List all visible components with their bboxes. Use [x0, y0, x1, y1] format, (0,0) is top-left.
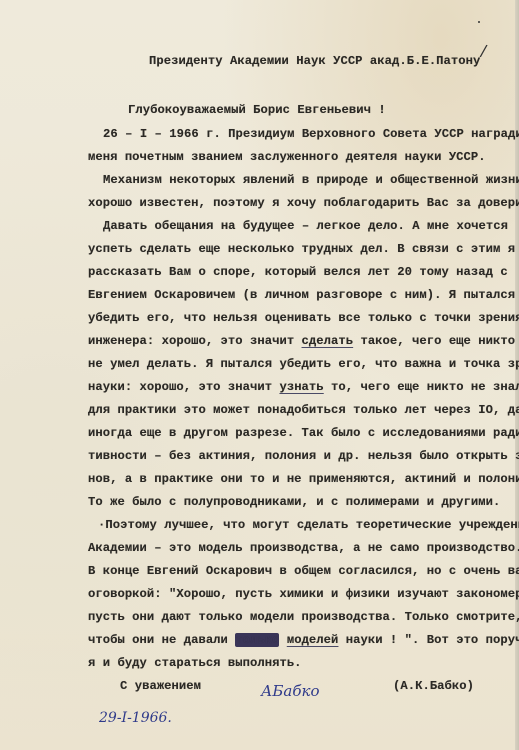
document-page: / Президенту Академии Наук УССР акад.Б.Е… — [0, 0, 519, 750]
underlined-word: моделей — [287, 633, 339, 647]
underlined-word: узнать — [279, 380, 323, 394]
body-line: Давать обещания на будущее – легкое дело… — [103, 219, 508, 233]
signature-name: (А.К.Бабко) — [393, 679, 474, 693]
body-line: Механизм некоторых явлений в природе и о… — [103, 173, 519, 187]
body-line: Академии – это модель производства, а не… — [88, 541, 519, 555]
body-line: хорошо известен, поэтому я хочу поблагод… — [88, 196, 519, 210]
body-line: инженера: хорошо, это значит сделать так… — [88, 334, 515, 348]
body-line: ·Поэтому лучшее, что могут сделать теоре… — [98, 518, 519, 532]
text-segment: науки ! ". Вот это поручение — [338, 633, 519, 647]
closing: С уважением — [120, 679, 201, 693]
text-segment: чтобы они не давали — [88, 633, 235, 647]
page-number-mark: / — [479, 41, 488, 61]
addressee: Президенту Академии Наук УССР акад.Б.Е.П… — [149, 54, 480, 68]
text-segment: ·Поэтому лучшее, что могут — [98, 518, 297, 532]
text-segment: то, чего еще никто не знал. А — [324, 380, 519, 394]
body-line: меня почетным званием заслуженного деяте… — [88, 150, 486, 164]
body-line: нов, а в практике они то и не применяютс… — [88, 472, 519, 486]
body-line: тивности – без актиния, полония и др. не… — [88, 449, 519, 463]
text-segment: теоретические учреждения — [348, 518, 519, 532]
body-line: То же было с полупроводниками, и с полим… — [88, 495, 500, 509]
body-line: успеть сделать еще несколько трудных дел… — [88, 242, 519, 256]
body-line: иногда еще в другом разрезе. Так было с … — [88, 426, 519, 440]
body-line: 26 – I – 1966 г. Президиум Верховного Со… — [103, 127, 519, 141]
underlined-word: сделать — [302, 334, 354, 348]
handwritten-date: 29-I-1966. — [99, 710, 172, 726]
text-segment: науки: хорошо, это значит — [88, 380, 279, 394]
ink-dot — [478, 21, 480, 23]
body-line: пусть они дают только модели производств… — [88, 610, 519, 624]
text-segment: такое, чего еще никто — [353, 334, 515, 348]
body-line: науки: хорошо, это значит узнать то, чег… — [88, 380, 519, 394]
body-line: не умел делать. Я пытался убедить его, ч… — [88, 357, 519, 371]
body-line: Евгением Оскаровичем (в личном разговоре… — [88, 288, 515, 302]
handwritten-signature: АБабко — [261, 682, 319, 700]
body-line: чтобы они не давали только моделей науки… — [88, 633, 519, 647]
struck-out-word: только — [235, 633, 279, 647]
body-line: В конце Евгений Оскарович в общем соглас… — [88, 564, 519, 578]
body-line: оговоркой: "Хорошо, пусть химики и физик… — [88, 587, 519, 601]
body-line: убедить его, что нельзя оценивать все то… — [88, 311, 519, 325]
text-segment: инженера: хорошо, это значит — [88, 334, 302, 348]
body-line: я и буду стараться выполнять. — [88, 656, 302, 670]
bold-word: сделать — [297, 518, 349, 532]
salutation: Глубокоуважаемый Борис Евгеньевич ! — [128, 103, 386, 117]
body-line: для практики это может понадобиться толь… — [88, 403, 519, 417]
body-line: рассказать Вам о споре, который велся ле… — [88, 265, 508, 279]
